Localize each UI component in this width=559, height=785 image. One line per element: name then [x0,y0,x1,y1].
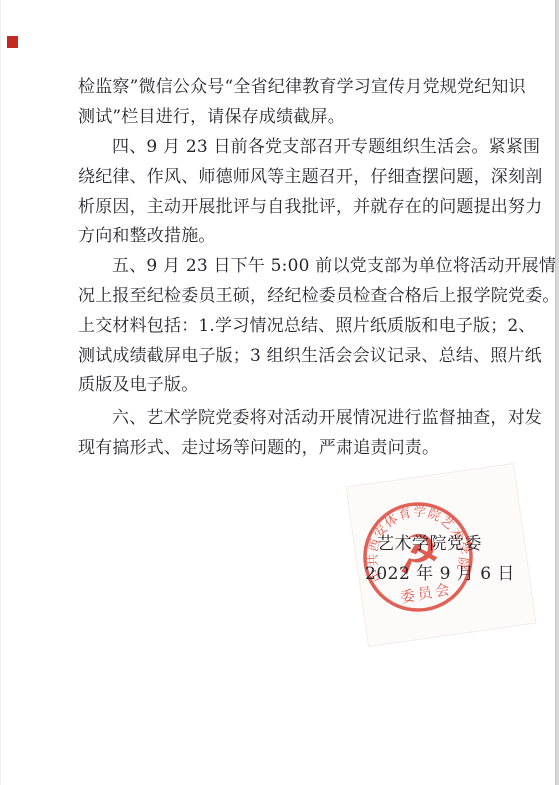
text-line: 六、艺术学院党委将对活动开展情况进行监督抽查，对发 [78,401,498,431]
page-right-edge [555,0,559,785]
red-corner-mark [7,36,18,48]
document-page: 检监察”微信公众号“全省纪律教育学习宣传月党规党纪知识 测试”栏目进行，请保存成… [0,0,559,785]
official-seal: 中共西安体育学院艺术学院 ☭ 委员会 [325,464,510,649]
text-line: 况上报至纪检委员王硕，经纪检委员检查合格后上报学院党委。 [78,279,498,309]
document-body: 检监察”微信公众号“全省纪律教育学习宣传月党规党纪知识 测试”栏目进行，请保存成… [78,70,498,460]
text-line: 检监察”微信公众号“全省纪律教育学习宣传月党规党纪知识 [78,70,498,100]
text-line: 五、9 月 23 日下午 5:00 前以党支部为单位将活动开展情 [78,249,498,279]
text-line: 质版及电子版。 [78,368,498,398]
text-line: 现有搞形式、走过场等问题的，严肃追责问责。 [78,431,498,461]
text-line: 四、9 月 23 日前各党支部召开专题组织生活会。紧紧围 [78,130,498,160]
text-line: 析原因，主动开展批评与自我批评，并就存在的问题提出努力 [78,189,498,219]
page-left-edge [0,0,1,785]
text-line: 方向和整改措施。 [78,219,498,249]
text-line: 测试成绩截屏电子版；3 组织生活会会议记录、总结、照片纸 [78,338,498,368]
text-line: 上交材料包括：1.学习情况总结、照片纸质版和电子版；2、 [78,308,498,338]
signature-date: 2022 年 9 月 6 日 [365,559,515,584]
text-line: 测试”栏目进行，请保存成绩截屏。 [78,100,498,130]
text-line: 绕纪律、作风、师德师风等主题召开，仔细查摆问题，深刻剖 [78,159,498,189]
signature-committee: 艺术学院党委 [377,529,482,554]
